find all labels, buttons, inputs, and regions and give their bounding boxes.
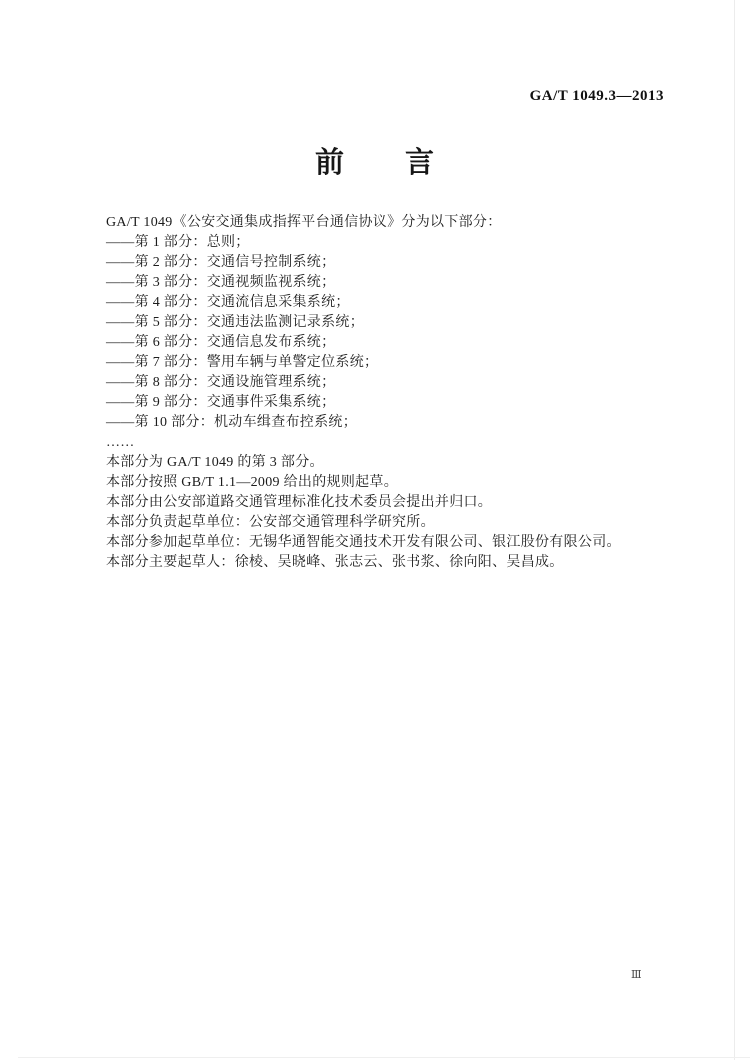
foreword-paragraph-1: 本部分为 GA/T 1049 的第 3 部分。: [106, 453, 686, 473]
page-title: 前 言: [0, 140, 750, 181]
foreword-part-9: ——第 9 部分：交通事件采集系统；: [106, 393, 686, 413]
foreword-part-2: ——第 2 部分：交通信号控制系统；: [106, 253, 686, 273]
page-number: Ⅲ: [631, 968, 642, 981]
header-doc-code: GA/T 1049.3—2013: [530, 88, 664, 105]
foreword-part-4: ——第 4 部分：交通流信息采集系统；: [106, 293, 686, 313]
foreword-part-6: ——第 6 部分：交通信息发布系统；: [106, 333, 686, 353]
foreword-paragraph-5: 本部分参加起草单位：无锡华通智能交通技术开发有限公司、银江股份有限公司。: [106, 533, 686, 553]
foreword-ellipsis: ……: [106, 433, 686, 453]
foreword-part-5: ——第 5 部分：交通违法监测记录系统；: [106, 313, 686, 333]
foreword-part-10: ——第 10 部分：机动车缉查布控系统；: [106, 413, 686, 433]
foreword-part-3: ——第 3 部分：交通视频监视系统；: [106, 273, 686, 293]
foreword-paragraph-6: 本部分主要起草人：徐棱、吴晓峰、张志云、张书浆、徐向阳、吴昌成。: [106, 553, 686, 573]
foreword-intro: GA/T 1049《公安交通集成指挥平台通信协议》分为以下部分：: [106, 213, 686, 233]
foreword-paragraph-4: 本部分负责起草单位：公安部交通管理科学研究所。: [106, 513, 686, 533]
foreword-part-7: ——第 7 部分：警用车辆与单警定位系统；: [106, 353, 686, 373]
scan-edge-bottom-line: [18, 1057, 750, 1058]
foreword-paragraph-2: 本部分按照 GB/T 1.1—2009 给出的规则起草。: [106, 473, 686, 493]
foreword-paragraph-3: 本部分由公安部道路交通管理标准化技术委员会提出并归口。: [106, 493, 686, 513]
document-page: GA/T 1049.3—2013 前 言 GA/T 1049《公安交通集成指挥平…: [0, 0, 750, 1060]
foreword-part-1: ——第 1 部分：总则；: [106, 233, 686, 253]
foreword-body: GA/T 1049《公安交通集成指挥平台通信协议》分为以下部分： ——第 1 部…: [106, 213, 686, 573]
foreword-part-8: ——第 8 部分：交通设施管理系统；: [106, 373, 686, 393]
scan-edge-right-line: [734, 0, 735, 1060]
